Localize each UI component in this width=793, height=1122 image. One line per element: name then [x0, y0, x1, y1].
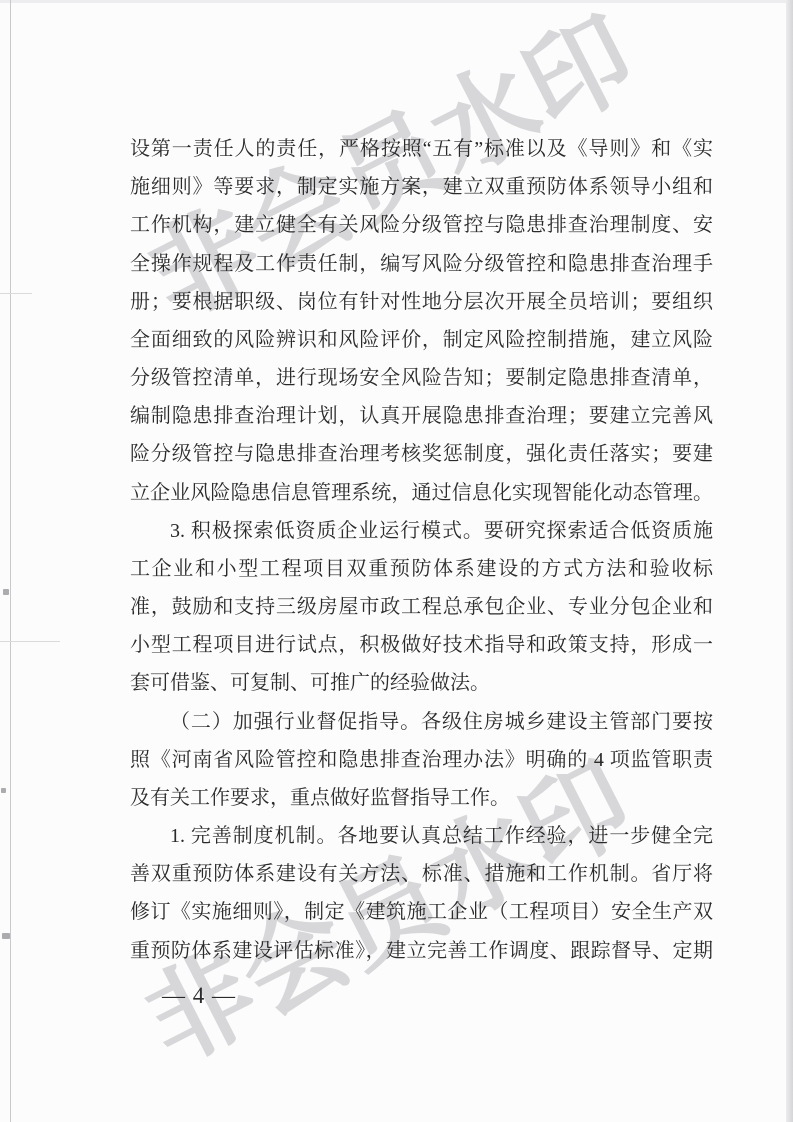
scan-artifact-vertical-line	[10, 0, 11, 1122]
text-line: 小型工程项目进行试点，积极做好技术指导和政策支持，形成一	[130, 626, 713, 664]
text-line: 准，鼓励和支持三级房屋市政工程总承包企业、专业分包企业和	[130, 588, 713, 626]
text-line: 工作机构，建立健全有关风险分级管控与隐患排查治理制度、安	[130, 206, 713, 244]
text-line: 重预防体系建设评估标准》，建立完善工作调度、跟踪督导、定期	[130, 932, 713, 970]
text-line: 立企业风险隐患信息管理系统，通过信息化实现智能化动态管理。	[130, 474, 713, 512]
text-line: 分级管控清单，进行现场安全风险告知；要制定隐患排查清单，	[130, 359, 713, 397]
text-line-section-2-heading: （二）加强行业督促指导。各级住房城乡建设主管部门要按	[130, 703, 713, 741]
text-line: 册；要根据职级、岗位有针对性地分层次开展全员培训；要组织	[130, 283, 713, 321]
scan-speck	[3, 589, 9, 595]
scan-edge-top	[0, 0, 793, 3]
text-line: 险分级管控与隐患排查治理考核奖惩制度，强化责任落实；要建	[130, 435, 713, 473]
text-line: 照《河南省风险管控和隐患排查治理办法》明确的 4 项监管职责	[130, 741, 713, 779]
body-text: 设第一责任人的责任，严格按照“五有”标准以及《导则》和《实 施细则》等要求，制定…	[130, 130, 713, 970]
document-page: 非会员水印 非会员水印 设第一责任人的责任，严格按照“五有”标准以及《导则》和《…	[0, 0, 793, 1122]
text-line: 及有关工作要求，重点做好监督指导工作。	[130, 779, 713, 817]
scan-speck	[1, 788, 6, 793]
scan-edge-right	[786, 0, 793, 1122]
text-line: 设第一责任人的责任，严格按照“五有”标准以及《导则》和《实	[130, 130, 713, 168]
text-line: 全操作规程及工作责任制，编写风险分级管控和隐患排查治理手	[130, 245, 713, 283]
scan-speck	[2, 933, 10, 939]
scan-artifact-horizontal-line	[0, 293, 32, 294]
scan-artifact-horizontal-line	[0, 641, 60, 642]
text-line: 全面细致的风险辨识和风险评价，制定风险控制措施，建立风险	[130, 321, 713, 359]
text-line: 编制隐患排查治理计划，认真开展隐患排查治理；要建立完善风	[130, 397, 713, 435]
text-line-section-1-heading: 1. 完善制度机制。各地要认真总结工作经验，进一步健全完	[130, 817, 713, 855]
text-line: 施细则》等要求，制定实施方案，建立双重预防体系领导小组和	[130, 168, 713, 206]
text-line: 修订《实施细则》，制定《建筑施工企业（工程项目）安全生产双	[130, 893, 713, 931]
text-line: 套可借鉴、可复制、可推广的经验做法。	[130, 664, 713, 702]
text-line: 工企业和小型工程项目双重预防体系建设的方式方法和验收标	[130, 550, 713, 588]
page-number: — 4 —	[162, 983, 236, 1009]
text-line-section-3-heading: 3. 积极探索低资质企业运行模式。要研究探索适合低资质施	[130, 512, 713, 550]
text-line: 善双重预防体系建设有关方法、标准、措施和工作机制。省厅将	[130, 855, 713, 893]
